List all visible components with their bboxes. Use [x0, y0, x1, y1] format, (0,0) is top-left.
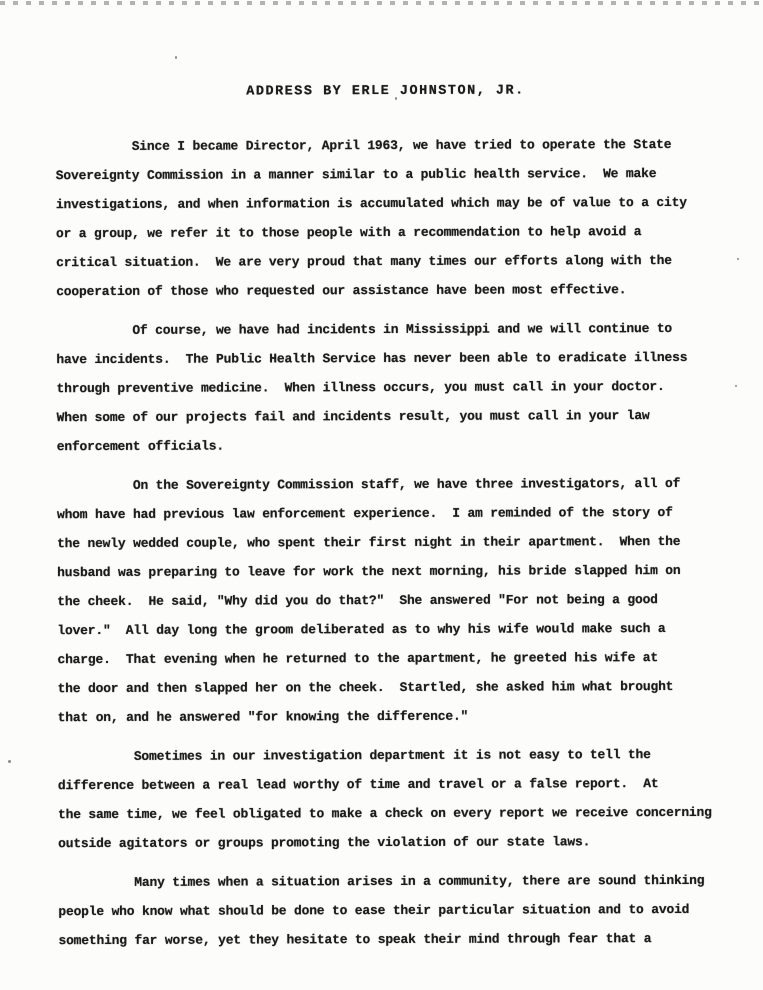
text-line: have incidents. The Public Health Servic… [56, 343, 716, 374]
scan-speck [8, 760, 11, 763]
text-line: the newly wedded couple, who spent their… [57, 527, 717, 558]
text-line: critical situation. We are very proud th… [56, 246, 716, 277]
text-line: lover." All day long the groom deliberat… [57, 614, 717, 645]
text-line: cooperation of those who requested our a… [56, 275, 716, 306]
text-line: On the Sovereignty Commission staff, we … [57, 469, 717, 500]
text-line: Sovereignty Commission in a manner simil… [56, 159, 716, 190]
text-line: that on, and he answered "for knowing th… [58, 701, 718, 732]
text-line: people who know what should be done to e… [58, 895, 718, 926]
text-line: whom have had previous law enforcement e… [57, 498, 717, 529]
scan-speck [175, 56, 177, 59]
document-body: ADDRESS BY ERLE JOHNSTON, JR. Since I be… [55, 83, 718, 965]
paragraph-4: Sometimes in our investigation departmen… [58, 740, 718, 858]
scan-speck [737, 258, 739, 260]
text-line: or a group, we refer it to those people … [56, 217, 716, 248]
text-line: difference between a real lead worthy of… [58, 769, 718, 800]
text-line: something far worse, yet they hesitate t… [58, 924, 718, 955]
paragraph-2: Of course, we have had incidents in Miss… [56, 314, 717, 461]
paragraph-3: On the Sovereignty Commission staff, we … [57, 469, 718, 732]
text-line: When some of our projects fail and incid… [57, 401, 717, 432]
text-line: charge. That evening when he returned to… [57, 643, 717, 674]
text-line: the door and then slapped her on the che… [58, 672, 718, 703]
text-line: the cheek. He said, "Why did you do that… [57, 585, 717, 616]
text-line: the same time, we feel obligated to make… [58, 798, 718, 829]
text-line: Many times when a situation arises in a … [58, 866, 718, 897]
paragraph-1: Since I became Director, April 1963, we … [56, 130, 717, 306]
text-line: Since I became Director, April 1963, we … [56, 130, 716, 161]
scanned-document-page: ADDRESS BY ERLE JOHNSTON, JR. Since I be… [0, 0, 763, 990]
text-line: outside agitators or groups promoting th… [58, 827, 718, 858]
scan-speck [735, 385, 737, 387]
text-line: Sometimes in our investigation departmen… [58, 740, 718, 771]
scan-edge-dashes [0, 1, 763, 5]
text-line: Of course, we have had incidents in Miss… [56, 314, 716, 345]
text-line: husband was preparing to leave for work … [57, 556, 717, 587]
text-line: investigations, and when information is … [56, 188, 716, 219]
document-title: ADDRESS BY ERLE JOHNSTON, JR. [55, 83, 715, 100]
text-line: enforcement officials. [57, 430, 717, 461]
paragraph-5: Many times when a situation arises in a … [58, 866, 718, 955]
text-line: through preventive medicine. When illnes… [56, 372, 716, 403]
